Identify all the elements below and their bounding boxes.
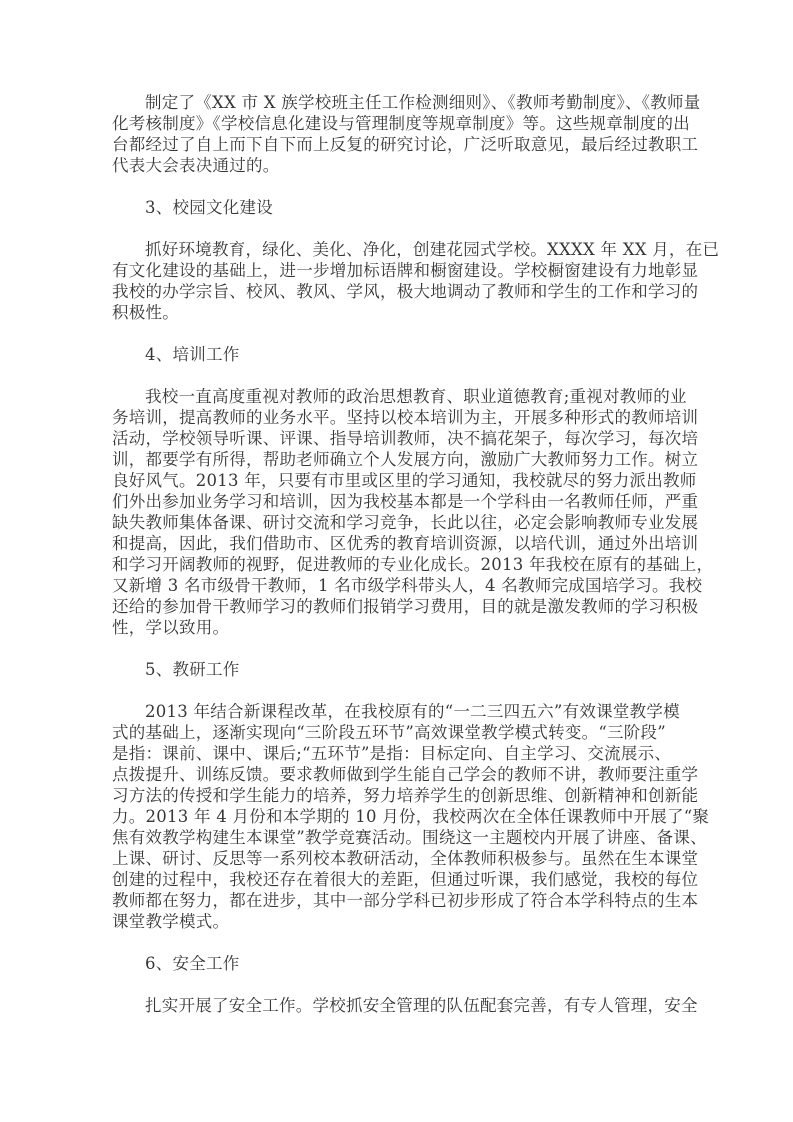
section-heading: 4、培训工作	[112, 344, 722, 365]
text-line: 我校的办学宗旨、校风、教风、学风，极大地调动了教师和学生的工作和学习的	[112, 281, 722, 302]
text-line: 代表大会表决通过的。	[112, 155, 722, 176]
text-line: 又新增 3 名市级骨干教师，1 名市级学科带头人，4 名教师完成国培学习。我校	[112, 575, 722, 596]
text-line: 习方法的传授和学生能力的培养，努力培养学生的创新思维、创新精神和创新能	[112, 785, 722, 806]
blank-line	[112, 323, 722, 344]
document-page: 制定了《XX 市 X 族学校班主任工作检测细则》、《教师考勤制度》、《教师量化考…	[0, 0, 793, 1122]
blank-line	[112, 365, 722, 386]
text-line: 制定了《XX 市 X 族学校班主任工作检测细则》、《教师考勤制度》、《教师量	[112, 92, 722, 113]
text-line: 性，学以致用。	[112, 617, 722, 638]
text-line: 我校一直高度重视对教师的政治思想教育、职业道德教育;重视对教师的业	[112, 386, 722, 407]
text-line: 扎实开展了安全工作。学校抓安全管理的队伍配套完善，有专人管理，安全	[112, 995, 722, 1016]
text-line: 2013 年结合新课程改革，在我校原有的“一二三四五六”有效课堂教学模	[112, 701, 722, 722]
text-line: 化考核制度》《学校信息化建设与管理制度等规章制度》等。这些规章制度的出	[112, 113, 722, 134]
text-line: 良好风气。2013 年，只要有市里或区里的学习通知，我校就尽的努力派出教师	[112, 470, 722, 491]
section-heading: 3、校园文化建设	[112, 197, 722, 218]
text-line: 上课、研讨、反思等一系列校本教研活动，全体教师积极参与。虽然在生本课堂	[112, 848, 722, 869]
text-line: 式的基础上，逐渐实现向“三阶段五环节”高效课堂教学模式转变。“三阶段”	[112, 722, 722, 743]
section-heading: 5、教研工作	[112, 659, 722, 680]
text-line: 焦有效教学构建生本课堂”教学竞赛活动。围绕这一主题校内开展了讲座、备课、	[112, 827, 722, 848]
text-line: 是指：课前、课中、课后;“五环节”是指：目标定向、自主学习、交流展示、	[112, 743, 722, 764]
text-line: 和提高，因此，我们借助市、区优秀的教育培训资源，以培代训，通过外出培训	[112, 533, 722, 554]
text-line: 教师都在努力，都在进步，其中一部分学科已初步形成了符合本学科特点的生本	[112, 890, 722, 911]
text-line: 还给的参加骨干教师学习的教师们报销学习费用，目的就是激发教师的学习积极	[112, 596, 722, 617]
text-line: 训，都要学有所得，帮助老师确立个人发展方向，激励广大教师努力工作。树立	[112, 449, 722, 470]
blank-line	[112, 218, 722, 239]
text-line: 务培训，提高教师的业务水平。坚持以校本培训为主，开展多种形式的教师培训	[112, 407, 722, 428]
text-line: 活动，学校领导听课、评课、指导培训教师，决不搞花架子，每次学习，每次培	[112, 428, 722, 449]
blank-line	[112, 176, 722, 197]
document-body: 制定了《XX 市 X 族学校班主任工作检测细则》、《教师考勤制度》、《教师量化考…	[112, 92, 722, 1016]
blank-line	[112, 638, 722, 659]
text-line: 力。2013 年 4 月份和本学期的 10 月份，我校两次在全体任课教师中开展了…	[112, 806, 722, 827]
blank-line	[112, 974, 722, 995]
text-line: 点拨提升、训练反馈。要求教师做到学生能自己学会的教师不讲，教师要注重学	[112, 764, 722, 785]
text-line: 有文化建设的基础上，进一步增加标语牌和橱窗建设。学校橱窗建设有力地彰显	[112, 260, 722, 281]
text-line: 积极性。	[112, 302, 722, 323]
blank-line	[112, 932, 722, 953]
text-line: 和学习开阔教师的视野，促进教师的专业化成长。2013 年我校在原有的基础上，	[112, 554, 722, 575]
text-line: 抓好环境教育，绿化、美化、净化，创建花园式学校。XXXX 年 XX 月，在已	[112, 239, 722, 260]
section-heading: 6、安全工作	[112, 953, 722, 974]
text-line: 缺失教师集体备课、研讨交流和学习竞争，长此以往，必定会影响教师专业发展	[112, 512, 722, 533]
text-line: 课堂教学模式。	[112, 911, 722, 932]
text-line: 台都经过了自上而下自下而上反复的研究讨论，广泛听取意见，最后经过教职工	[112, 134, 722, 155]
text-line: 创建的过程中，我校还存在着很大的差距，但通过听课，我们感觉，我校的每位	[112, 869, 722, 890]
text-line: 们外出参加业务学习和培训，因为我校基本都是一个学科由一名教师任师，严重	[112, 491, 722, 512]
blank-line	[112, 680, 722, 701]
